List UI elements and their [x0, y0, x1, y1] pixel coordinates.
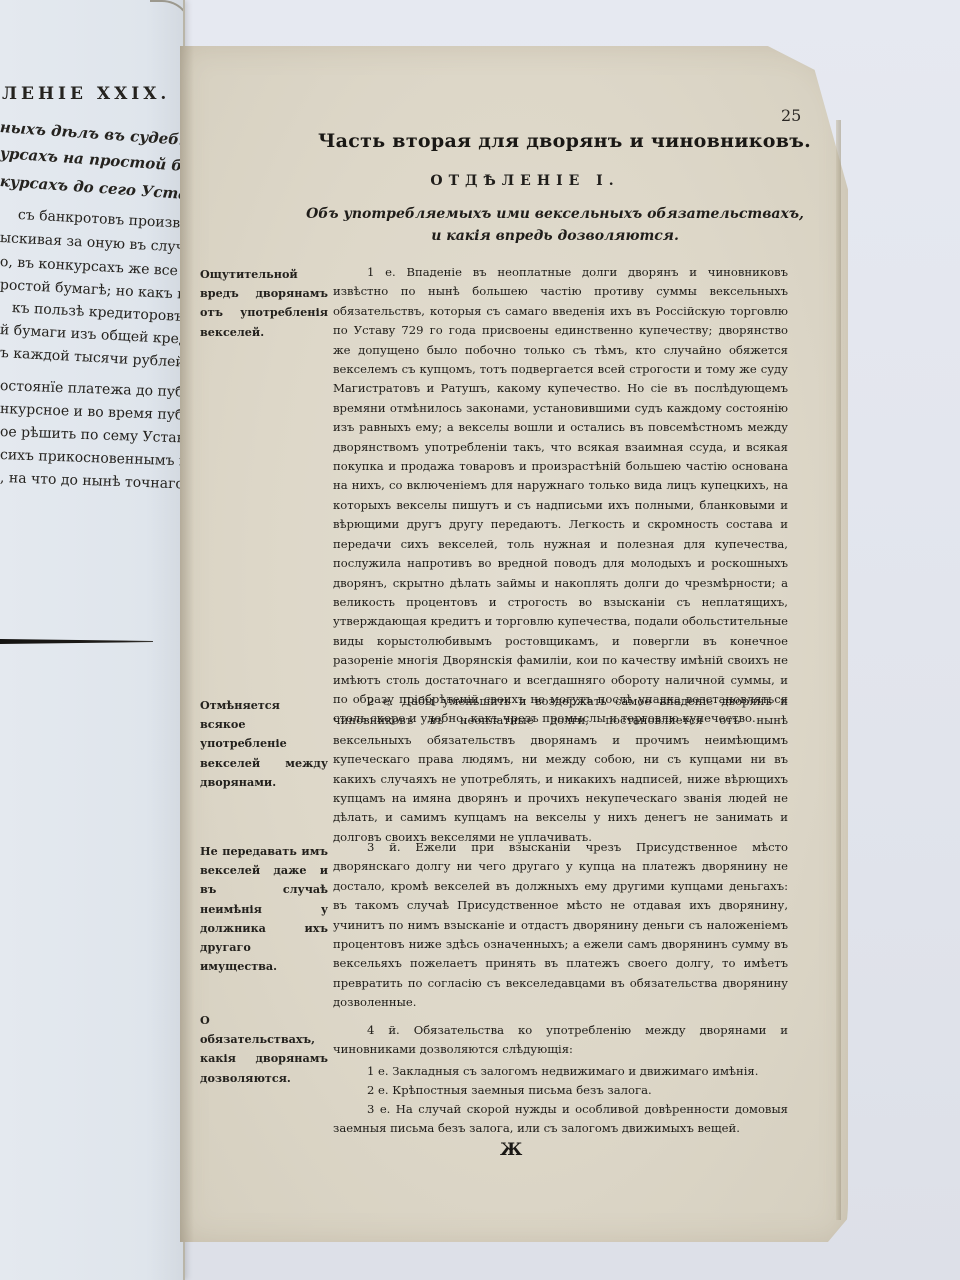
left-section-heading: ЛЕНІЕ XXIX. [2, 84, 170, 104]
section-title: ОТДѢЛЕНІЕ I. [0, 173, 960, 189]
signature-mark: Ж [500, 1140, 522, 1160]
page-number: 25 [781, 106, 801, 125]
margin-note: Ощутительной вредъ дворянамъ отъ употреб… [200, 265, 328, 342]
left-body-line: ыскивая за оную въ случаѣ у [0, 230, 185, 257]
left-body-line: къ пользѣ кредиторовъ, п [12, 300, 185, 326]
page-curl [150, 0, 185, 42]
margin-note: Не передавать имъ векселей даже и въ слу… [200, 842, 328, 976]
left-body-line: ростой бумагѣ; но какъ и [0, 277, 185, 303]
part-title: Часть вторая для дворянъ и чиновниковъ. [318, 130, 811, 152]
page-edge [836, 120, 841, 1220]
left-page: ЛЕНІЕ XXIX. ныхъ дѣлъ въ судебныхъ м урс… [0, 0, 185, 1280]
left-body-line: , на что до нынѣ точнаго [0, 470, 184, 492]
list-item: 1 е. Закладныя съ залогомъ недвижимаго и… [333, 1062, 788, 1081]
section-subtitle: Объ употребляемыхъ ими вексельныхъ обяза… [300, 203, 810, 247]
left-body-line: нкурсное и во время публи [0, 401, 185, 424]
left-body-line: съ банкротовъ производить [18, 207, 185, 234]
left-body-line: остоянїе платежа до публи [0, 378, 185, 401]
article-paragraph-3: 3 й. Ежели при взысканіи чрезъ Присудств… [333, 838, 788, 1013]
left-body-line: ъ каждой тысячи рублей, а [0, 345, 185, 372]
list-item: 3 е. На случай скорой нужды и особливой … [333, 1100, 788, 1139]
left-body-line: ое рѣшить по сему Уставу, а [0, 424, 185, 447]
page-gutter-shadow [180, 46, 194, 1242]
left-body-line: о, въ конкурсахъ же все посл [0, 254, 185, 281]
list-item: 2 е. Крѣпостныя заемныя письма безъ зало… [333, 1081, 788, 1100]
article-paragraph-4: 4 й. Обязательства ко употребленію между… [333, 1021, 788, 1060]
section-end-rule [0, 639, 153, 644]
left-body-line: сихъ прикосновеннымъ въ [0, 447, 185, 470]
article-paragraph-1: 1 е. Впаденіе въ неоплатные долги дворян… [333, 263, 788, 729]
margin-note: О обязательствахъ, какія дворянамъ дозво… [200, 1011, 328, 1088]
margin-note: Отмѣняется всякое употребленіе векселей … [200, 696, 328, 792]
article-paragraph-2: 2 е. Дабы уменьшить и воздержать самое в… [333, 692, 788, 847]
